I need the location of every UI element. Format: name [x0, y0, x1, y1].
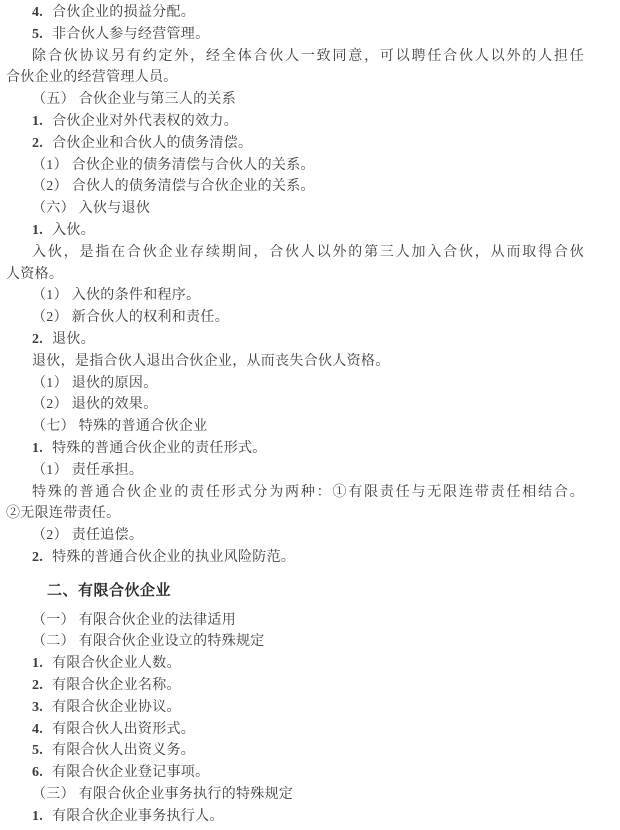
item-text: 有限合伙人出资义务。 — [52, 743, 195, 758]
item-text: 有限合伙人出资形式。 — [52, 722, 195, 737]
text-line: （2） 退伙的效果。 — [6, 394, 584, 416]
text-line: 1.入伙。 — [6, 220, 584, 242]
text-line: 1.有限合伙企业事务执行人。 — [6, 806, 584, 828]
text-line: 特殊的普通合伙企业的责任形式分为两种：①有限责任与无限连带责任相结合。 — [6, 482, 584, 504]
page-content: 4.合伙企业的损益分配。5.非合伙人参与经营管理。除合伙协议另有约定外，经全体合… — [0, 0, 620, 830]
text-line: （1） 合伙企业的债务清偿与合伙人的关系。 — [6, 155, 584, 177]
item-number: 5. — [32, 27, 43, 42]
text-line: （六） 入伙与退伙 — [6, 198, 584, 220]
item-number: 1. — [32, 441, 43, 456]
item-number: 2. — [32, 678, 43, 693]
item-text: 合伙企业对外代表权的效力。 — [52, 114, 238, 129]
item-text: 非合伙人参与经营管理。 — [52, 27, 209, 42]
text-line: 2.有限合伙企业名称。 — [6, 675, 584, 697]
item-text: 有限合伙企业名称。 — [52, 678, 181, 693]
text-line: （五） 合伙企业与第三人的关系 — [6, 89, 584, 111]
item-number: 1. — [32, 809, 43, 824]
text-line: 1.特殊的普通合伙企业的责任形式。 — [6, 438, 584, 460]
text-line: 6.有限合伙企业登记事项。 — [6, 762, 584, 784]
text-line: 1.有限合伙企业人数。 — [6, 653, 584, 675]
item-number: 1. — [32, 114, 43, 129]
text-line: 5.非合伙人参与经营管理。 — [6, 24, 584, 46]
text-line: 2.合伙企业和合伙人的债务清偿。 — [6, 133, 584, 155]
text-line: 5.有限合伙人出资义务。 — [6, 740, 584, 762]
text-line: （1） 退伙的原因。 — [6, 373, 584, 395]
item-number: 2. — [32, 550, 43, 565]
text-line: 入伙，是指在合伙企业存续期间，合伙人以外的第三人加入合伙，从而取得合伙 — [6, 242, 584, 264]
item-text: 特殊的普通合伙企业的执业风险防范。 — [52, 550, 295, 565]
text-line: 3.有限合伙企业协议。 — [6, 697, 584, 719]
item-number: 1. — [32, 656, 43, 671]
text-line: （2） 合伙人的债务清偿与合伙企业的关系。 — [6, 176, 584, 198]
item-number: 3. — [32, 700, 43, 715]
item-number: 2. — [32, 332, 43, 347]
item-number: 6. — [32, 765, 43, 780]
item-number: 1. — [32, 223, 43, 238]
section-heading: 二、有限合伙企业 — [47, 580, 584, 602]
text-line: 除合伙协议另有约定外，经全体合伙人一致同意，可以聘任合伙人以外的人担任 — [6, 46, 584, 68]
text-line: （2） 责任追偿。 — [6, 525, 584, 547]
text-line: （1） 责任承担。 — [6, 460, 584, 482]
text-line: （1） 入伙的条件和程序。 — [6, 285, 584, 307]
text-line: ②无限连带责任。 — [6, 503, 584, 525]
text-line: 2.退伙。 — [6, 329, 584, 351]
text-line: （一） 有限合伙企业的法律适用 — [6, 610, 584, 632]
item-text: 入伙。 — [52, 223, 95, 238]
item-text: 退伙。 — [52, 332, 95, 347]
text-line: 合伙企业的经营管理人员。 — [6, 67, 584, 89]
text-line: 2.特殊的普通合伙企业的执业风险防范。 — [6, 547, 584, 569]
item-number: 4. — [32, 722, 43, 737]
text-line: （2） 新合伙人的权利和责任。 — [6, 307, 584, 329]
document-page: { "page": { "background": "#ffffff", "te… — [0, 0, 620, 830]
text-line: （三） 有限合伙企业事务执行的特殊规定 — [6, 784, 584, 806]
text-line: 人资格。 — [6, 264, 584, 286]
item-text: 有限合伙企业协议。 — [52, 700, 181, 715]
item-text: 特殊的普通合伙企业的责任形式。 — [52, 441, 267, 456]
item-text: 有限合伙企业登记事项。 — [52, 765, 209, 780]
item-text: 合伙企业的损益分配。 — [52, 5, 195, 20]
text-line: 4.有限合伙人出资形式。 — [6, 719, 584, 741]
item-text: 有限合伙企业人数。 — [52, 656, 181, 671]
item-number: 4. — [32, 5, 43, 20]
text-line: 4.合伙企业的损益分配。 — [6, 2, 584, 24]
item-text: 有限合伙企业事务执行人。 — [52, 809, 224, 824]
text-line: （七） 特殊的普通合伙企业 — [6, 416, 584, 438]
item-number: 5. — [32, 743, 43, 758]
text-line: （二） 有限合伙企业设立的特殊规定 — [6, 631, 584, 653]
text-line: 退伙，是指合伙人退出合伙企业，从而丧失合伙人资格。 — [6, 351, 584, 373]
item-number: 2. — [32, 136, 43, 151]
text-line: 1.合伙企业对外代表权的效力。 — [6, 111, 584, 133]
item-text: 合伙企业和合伙人的债务清偿。 — [52, 136, 252, 151]
